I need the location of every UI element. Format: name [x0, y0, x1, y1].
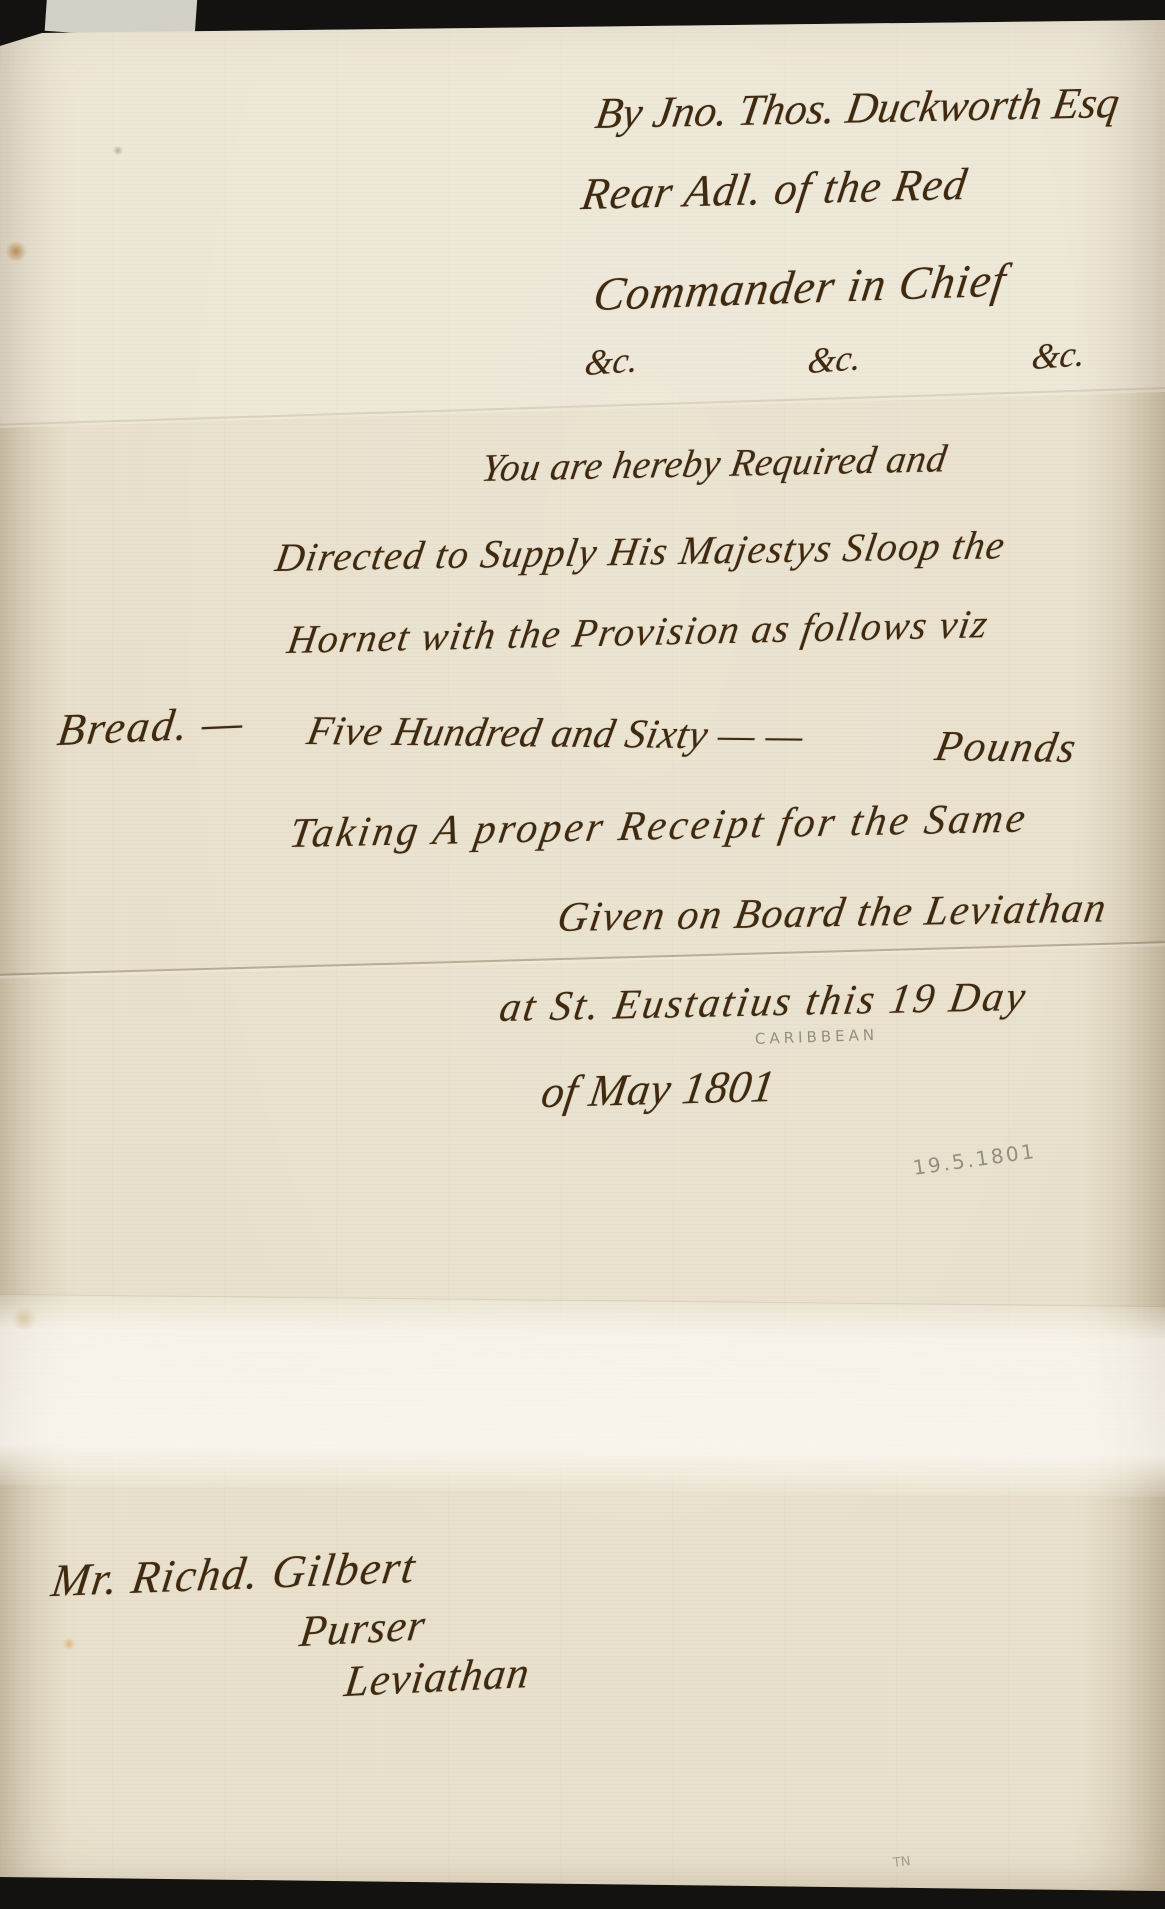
etc-mark-1: &c. — [583, 338, 640, 384]
scanned-letter-page: By Jno. Thos. Duckworth Esq Rear Adl. of… — [0, 0, 1165, 1909]
fold-crease-middle — [0, 940, 1165, 976]
pencil-date-annotation: 19.5.1801 — [911, 1139, 1037, 1180]
address-role: Purser — [297, 1599, 429, 1657]
body-line-3: Hornet with the Provision as follows viz — [284, 600, 992, 663]
foxing-stain-left-edge — [4, 242, 28, 261]
address-ship: Leviathan — [342, 1647, 533, 1707]
provision-item-amount: Five Hundred and Sixty — — — [304, 706, 808, 759]
dateline-place: at St. Eustatius this 19 Day — [496, 973, 1031, 1032]
pencil-corner-mark: TN — [892, 1854, 911, 1871]
provision-item-label: Bread. — — [55, 696, 249, 756]
receipt-line: Taking A proper Receipt for the Same — [286, 794, 1031, 858]
paper-sheet: By Jno. Thos. Duckworth Esq Rear Adl. of… — [0, 0, 1165, 1909]
address-name: Mr. Richd. Gilbert — [48, 1540, 419, 1607]
dateline-month: of May 1801 — [538, 1060, 779, 1118]
unfolded-light-band — [0, 1294, 1165, 1497]
foxing-stain-address — [62, 1638, 76, 1650]
body-line-2: Directed to Supply His Majestys Sloop th… — [272, 521, 1009, 581]
dateline-given: Given on Board the Leviathan — [554, 884, 1111, 942]
issuer-line-2: Rear Adl. of the Red — [578, 158, 971, 220]
etc-mark-3: &c. — [1030, 332, 1087, 378]
body-line-1: You are hereby Required and — [479, 436, 951, 491]
foxing-stain-top — [112, 146, 124, 155]
pencil-region-annotation: CARIBBEAN — [755, 1026, 879, 1048]
etc-mark-2: &c. — [806, 336, 863, 382]
foxing-stain-band — [10, 1308, 38, 1330]
provision-item-unit: Pounds — [931, 722, 1081, 773]
